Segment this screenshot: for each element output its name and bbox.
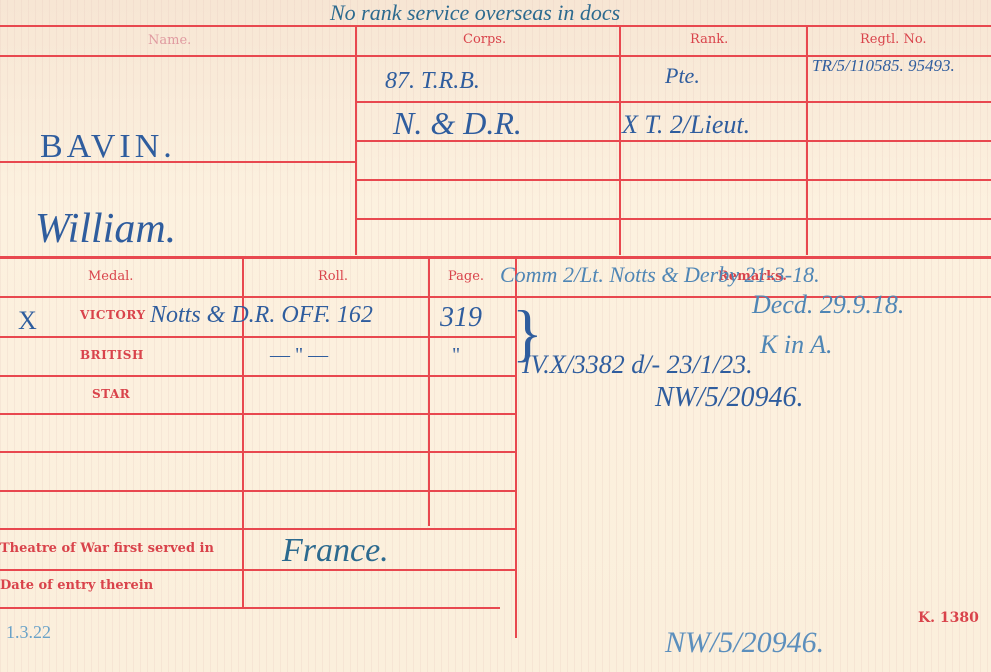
- remarks-line-2: Decd. 29.9.18.: [752, 290, 904, 320]
- forename: William.: [35, 205, 176, 253]
- rule-medal-row-2: [0, 375, 515, 377]
- medal-victory: VICTORY: [80, 308, 146, 322]
- rule-service-1: [357, 101, 991, 103]
- corps-header: Corps.: [463, 32, 506, 47]
- rule-section: [0, 256, 991, 259]
- british-page: ": [452, 344, 460, 367]
- rule-theatre-bottom: [0, 569, 515, 571]
- theatre-label: Theatre of War first served in: [0, 541, 214, 556]
- entry-date-label: Date of entry therein: [0, 578, 153, 593]
- medal-british: BRITISH: [80, 348, 144, 362]
- rank-row-2: X T. 2/Lieut.: [622, 110, 750, 140]
- regtl-no-row-1: TR/5/110585. 95493.: [812, 55, 982, 77]
- corps-row-2: N. & D.R.: [393, 105, 522, 142]
- rule-date-bottom: [0, 607, 500, 609]
- remarks-line-4: IV.X/3382 d/- 23/1/23.: [522, 350, 753, 380]
- rule-medal-row-5: [0, 490, 515, 492]
- top-annotation: No rank service overseas in docs: [330, 0, 620, 26]
- form-number: K. 1380: [918, 610, 979, 626]
- medal-header: Medal.: [88, 269, 133, 284]
- rank-header: Rank.: [690, 32, 728, 47]
- surname: BAVIN.: [40, 128, 176, 166]
- bottom-reference: NW/5/20946.: [665, 626, 824, 660]
- victory-page: 319: [440, 302, 482, 334]
- victory-roll: Notts & D.R. OFF. 162: [150, 302, 373, 329]
- regtl-no-header: Regtl. No.: [860, 32, 927, 47]
- rule-service-3: [357, 179, 991, 181]
- remarks-line-1: Comm 2/Lt. Notts & Derby 21-3-18.: [500, 262, 820, 288]
- rule-medal-row-4: [0, 451, 515, 453]
- remarks-line-3: K in A.: [760, 330, 832, 360]
- rule-medal-row-3: [0, 413, 515, 415]
- rule-medal-row-1: [0, 336, 515, 338]
- rule-roll-page: [428, 258, 430, 526]
- theatre-value: France.: [282, 532, 389, 570]
- corps-row-1: 87. T.R.B.: [385, 68, 480, 95]
- rank-row-1: Pte.: [665, 63, 700, 89]
- page-header: Page.: [448, 269, 484, 284]
- rule-medal-row-6: [0, 528, 515, 530]
- medal-star: STAR: [92, 387, 130, 401]
- entry-date-value: 1.3.22: [6, 622, 51, 643]
- rule-service-4: [357, 218, 991, 220]
- victory-mark: X: [18, 306, 37, 336]
- british-roll: — " —: [270, 344, 328, 367]
- roll-header: Roll.: [318, 269, 348, 284]
- remarks-line-5: NW/5/20946.: [655, 382, 804, 414]
- name-header: Name.: [148, 33, 191, 48]
